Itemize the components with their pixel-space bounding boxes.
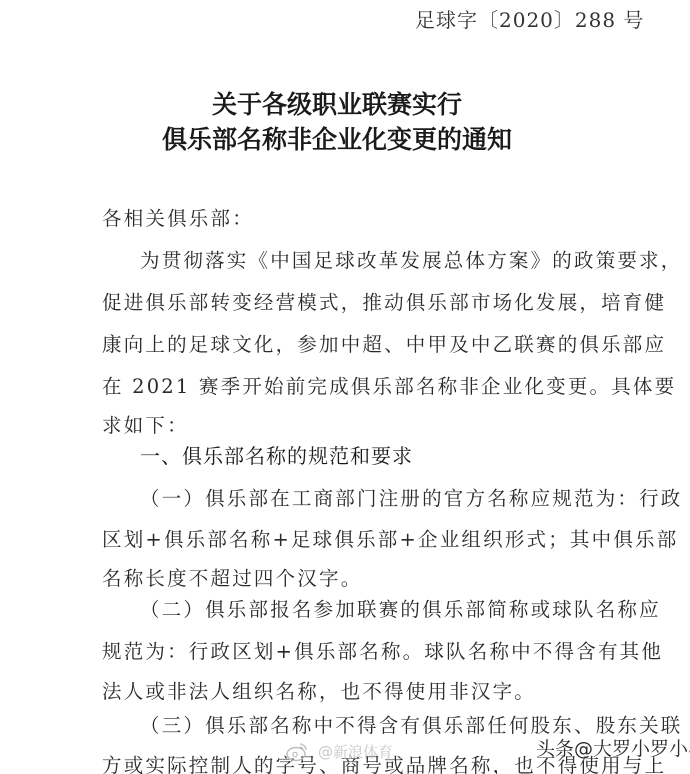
intro-line: 促进俱乐部转变经营模式，推动俱乐部市场化发展，培育健 (102, 287, 666, 315)
item-1-line: 名称长度不超过四个汉字。 (102, 563, 362, 591)
section-heading: 一、俱乐部名称的规范和要求 (140, 440, 413, 469)
author-credit: 头条@大罗小罗小小罗 (536, 734, 690, 761)
item-1-line: 区划+俱乐部名称+足球俱乐部+企业组织形式；其中俱乐部 (102, 524, 678, 552)
salutation: 各相关俱乐部： (102, 203, 254, 231)
item-1-line: （一）俱乐部在工商部门注册的官方名称应规范为：行政 (140, 483, 683, 511)
intro-line: 在 2021 赛季开始前完成俱乐部名称非企业化变更。具体要 (102, 371, 676, 399)
document-number: 足球字〔2020〕288 号 (415, 4, 644, 33)
intro-line: 康向上的足球文化，参加中超、中甲及中乙联赛的俱乐部应 (102, 329, 666, 357)
watermark-text: @新浪体育 (318, 741, 393, 762)
intro-line: 为贯彻落实《中国足球改革发展总体方案》的政策要求， (140, 245, 683, 273)
item-2-line: 规范为：行政区划+俱乐部名称。球队名称中不得含有其他 (102, 636, 663, 664)
document-title-line-1: 关于各级职业联赛实行 (0, 85, 682, 121)
weibo-logo-icon (285, 740, 309, 762)
document-title-line-2: 俱乐部名称非企业化变更的通知 (0, 120, 682, 156)
item-2-line: 法人或非法人组织名称，也不得使用非汉字。 (102, 676, 536, 704)
item-2-line: （二）俱乐部报名参加联赛的俱乐部简称或球队名称应 (140, 594, 661, 622)
intro-line: 求如下： (102, 410, 189, 438)
